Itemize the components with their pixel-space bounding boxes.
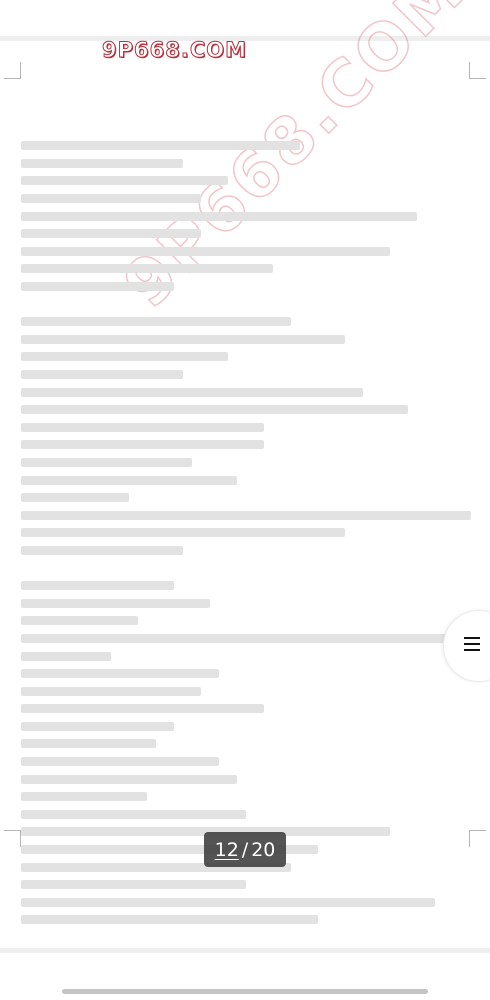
- text-line: [21, 278, 471, 296]
- text-placeholder: [21, 405, 408, 414]
- text-line: [21, 911, 471, 929]
- text-line: [21, 489, 471, 507]
- paragraph-gap: [21, 559, 471, 577]
- text-line: [21, 700, 471, 718]
- text-placeholder: [21, 775, 237, 784]
- text-placeholder: [21, 652, 111, 661]
- text-placeholder: [21, 757, 219, 766]
- text-line: [21, 190, 471, 208]
- text-placeholder: [21, 440, 264, 449]
- text-line: [21, 207, 471, 225]
- text-line: [21, 682, 471, 700]
- hamburger-menu-icon: [464, 637, 480, 655]
- text-line: [21, 313, 471, 331]
- text-line: [21, 665, 471, 683]
- text-line: [21, 401, 471, 419]
- text-line: [21, 894, 471, 912]
- text-line: [21, 542, 471, 560]
- crop-mark-top-right: [469, 62, 486, 79]
- text-placeholder: [21, 176, 228, 185]
- text-placeholder: [21, 282, 174, 291]
- horizontal-scrollbar[interactable]: [62, 989, 428, 994]
- text-placeholder: [21, 229, 201, 238]
- text-line: [21, 612, 471, 630]
- text-placeholder: [21, 704, 264, 713]
- text-placeholder: [21, 476, 237, 485]
- text-line: [21, 735, 471, 753]
- text-line: [21, 331, 471, 349]
- text-line: [21, 788, 471, 806]
- text-line: [21, 524, 471, 542]
- text-line: [21, 647, 471, 665]
- text-placeholder: [21, 370, 183, 379]
- header-watermark: 9P668.COM: [102, 38, 247, 62]
- text-placeholder: [21, 880, 246, 889]
- text-placeholder: [21, 898, 435, 907]
- text-placeholder: [21, 493, 129, 502]
- text-line: [21, 260, 471, 278]
- text-placeholder: [21, 634, 462, 643]
- text-placeholder: [21, 599, 210, 608]
- text-line: [21, 348, 471, 366]
- page-separator-bottom: [0, 948, 490, 953]
- text-line: [21, 243, 471, 261]
- text-placeholder: [21, 915, 318, 924]
- text-placeholder: [21, 458, 192, 467]
- crop-mark-bottom-left: [4, 830, 21, 847]
- text-placeholder: [21, 810, 246, 819]
- text-line: [21, 506, 471, 524]
- text-line: [21, 419, 471, 437]
- text-placeholder: [21, 141, 300, 150]
- text-placeholder: [21, 335, 345, 344]
- page-separator-slash: /: [242, 839, 248, 861]
- text-placeholder: [21, 317, 291, 326]
- text-line: [21, 770, 471, 788]
- text-line: [21, 225, 471, 243]
- text-line: [21, 454, 471, 472]
- text-placeholder: [21, 687, 201, 696]
- text-line: [21, 806, 471, 824]
- text-line: [21, 436, 471, 454]
- crop-mark-top-left: [4, 62, 21, 79]
- text-line: [21, 718, 471, 736]
- text-placeholder: [21, 581, 174, 590]
- text-line: [21, 577, 471, 595]
- text-placeholder: [21, 739, 156, 748]
- text-line: [21, 137, 471, 155]
- paragraph-gap: [21, 295, 471, 313]
- text-placeholder: [21, 528, 345, 537]
- text-placeholder: [21, 511, 471, 520]
- text-line: [21, 753, 471, 771]
- text-placeholder: [21, 792, 147, 801]
- text-placeholder: [21, 212, 417, 221]
- text-line: [21, 594, 471, 612]
- current-page: 12: [215, 839, 239, 861]
- crop-mark-bottom-right: [469, 830, 486, 847]
- text-line: [21, 876, 471, 894]
- text-placeholder: [21, 669, 219, 678]
- text-placeholder: [21, 352, 228, 361]
- text-line: [21, 471, 471, 489]
- total-pages: 20: [251, 839, 275, 861]
- text-line: [21, 155, 471, 173]
- text-line: [21, 172, 471, 190]
- text-placeholder: [21, 388, 363, 397]
- text-placeholder: [21, 159, 183, 168]
- text-line: [21, 366, 471, 384]
- text-line: [21, 630, 471, 648]
- text-placeholder: [21, 722, 174, 731]
- document-body-text: [21, 137, 471, 929]
- text-line: [21, 383, 471, 401]
- text-placeholder: [21, 546, 183, 555]
- text-placeholder: [21, 616, 138, 625]
- page-indicator: 12 / 20: [204, 832, 286, 867]
- text-placeholder: [21, 247, 390, 256]
- text-placeholder: [21, 194, 201, 203]
- text-placeholder: [21, 423, 264, 432]
- text-placeholder: [21, 264, 273, 273]
